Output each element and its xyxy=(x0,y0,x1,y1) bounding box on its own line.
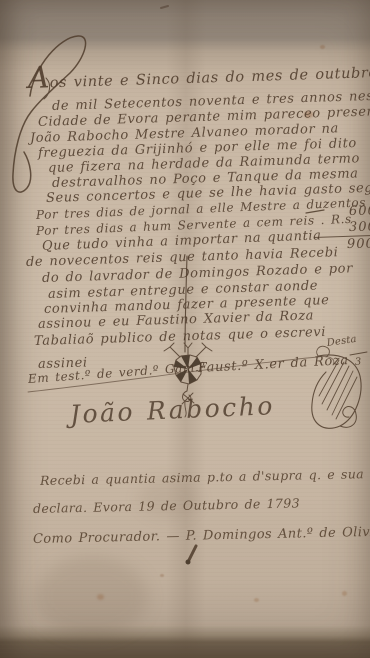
foxing-spot xyxy=(320,45,325,49)
amount-value: 600 xyxy=(349,205,370,219)
fraction-line xyxy=(350,352,367,355)
amount-value: 300 xyxy=(349,221,370,235)
stain xyxy=(36,556,148,638)
manuscript-photo: Aos vinte e Sinco dias do mes de outubro… xyxy=(0,0,370,658)
party-signature: João Rabocho xyxy=(70,399,275,422)
foxing-spot xyxy=(97,594,104,600)
receipt-line: Recebi a quantia asima p.to a d'supra q.… xyxy=(40,466,370,488)
receipt-line: declara. Evora 19 de Outubro de 1793 xyxy=(33,496,300,516)
margin-note: Desta xyxy=(326,333,358,351)
foxing-spot xyxy=(254,598,259,602)
foxing-spot xyxy=(342,591,347,596)
top-mark xyxy=(161,6,168,8)
foxing-spot xyxy=(160,574,164,577)
margin-note-fraction: 3 xyxy=(355,356,363,370)
manuscript-line: Aos vinte e Sinco dias do mes de outubro xyxy=(28,63,370,91)
amount-total: 900 xyxy=(347,238,370,252)
notary-signature: Faust.º X.er da Roza xyxy=(198,354,349,376)
ink-blot xyxy=(186,546,197,565)
receipt-line: Como Procurador. — P. Domingos Ant.º de … xyxy=(33,524,370,547)
